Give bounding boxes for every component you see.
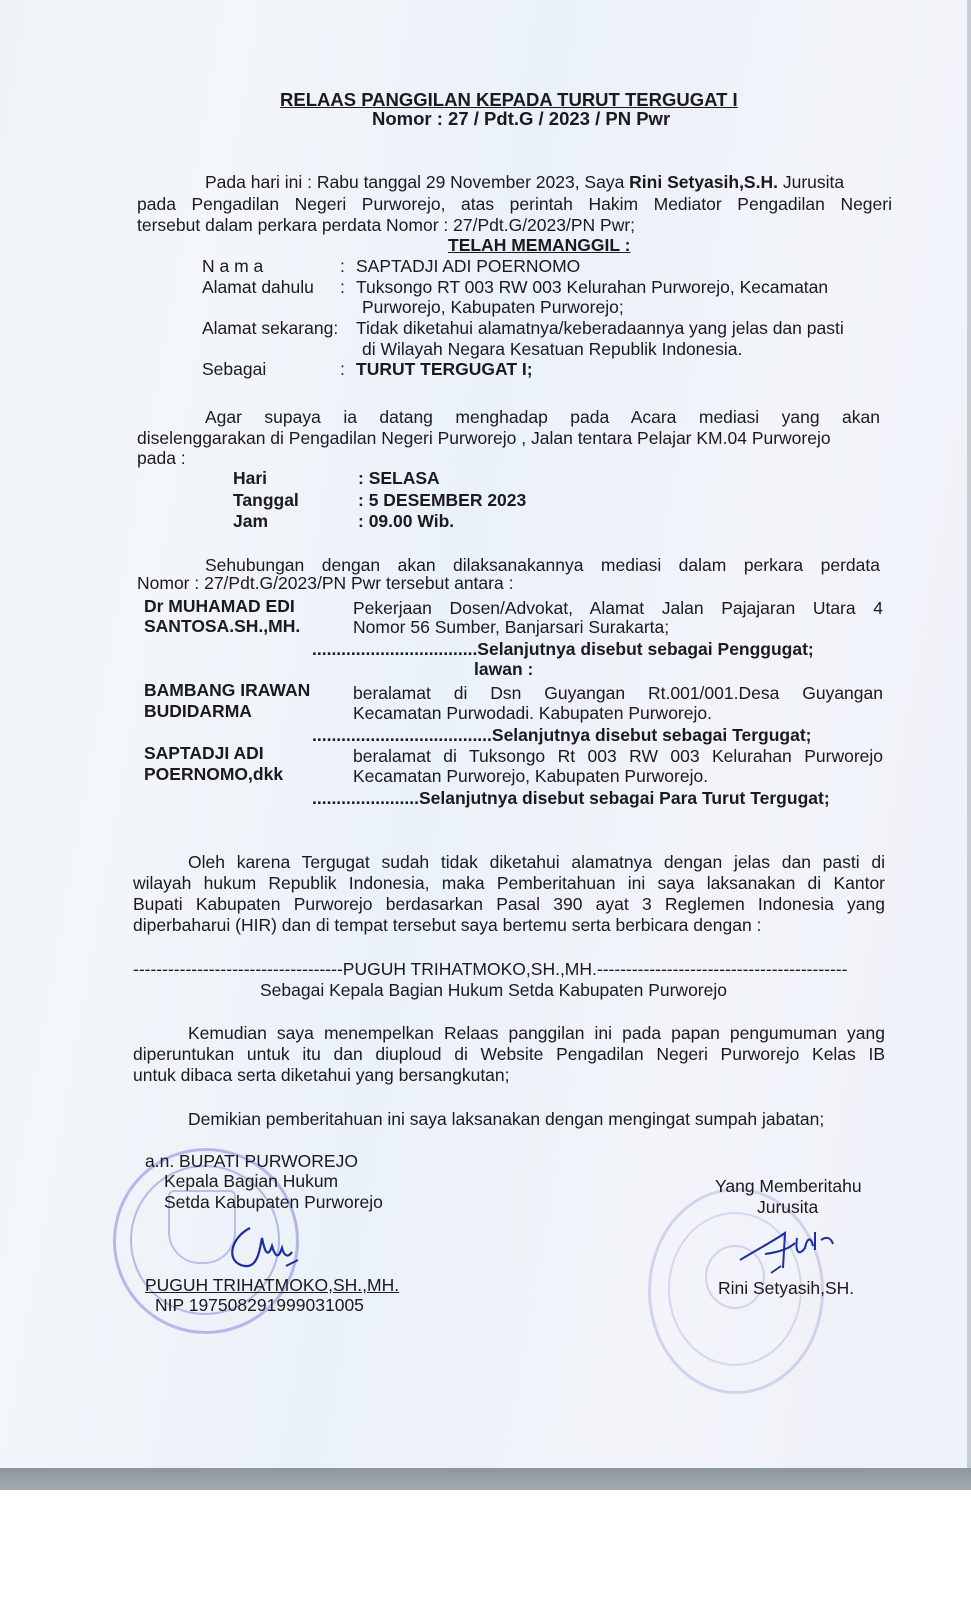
party-2-desc-2: Kecamatan Purwodadi. Kabupaten Purworejo… — [353, 703, 712, 724]
party-3-desc-2: Kecamatan Purworejo, Kabupaten Purworejo… — [353, 766, 708, 787]
right-sign-line-1: Yang Memberitahu — [715, 1176, 862, 1197]
right-sign-line-2: Jurusita — [757, 1197, 818, 1218]
purpose-line-3: pada : — [137, 448, 186, 469]
notice-line-2: wilayah hukum Republik Indonesia, maka P… — [133, 873, 885, 894]
party-2-name-1: BAMBANG IRAWAN — [144, 680, 310, 701]
schedule-date-value: : 5 DESEMBER 2023 — [358, 490, 526, 511]
opening-line-2: pada Pengadilan Negeri Purworejo, atas p… — [137, 194, 892, 215]
posting-line-2: diperuntukan untuk itu dan diuploud di W… — [133, 1044, 885, 1065]
field-label-current-address: Alamat sekarang: — [202, 318, 338, 339]
schedule-time-label: Jam — [233, 511, 268, 532]
party-2-role: .....................................Sel… — [312, 725, 812, 746]
party-1-name-2: SANTOSA.SH.,MH. — [144, 616, 300, 637]
schedule-date-label: Tanggal — [233, 490, 299, 511]
versus-label: lawan : — [474, 659, 533, 680]
field-value-old-address-1: Tuksongo RT 003 RW 003 Kelurahan Purwore… — [356, 277, 828, 298]
field-label-role: Sebagai — [202, 359, 266, 380]
posting-line-1: Kemudian saya menempelkan Relaas panggil… — [188, 1023, 885, 1044]
field-value-old-address-2: Purworejo, Kabupaten Purworejo; — [362, 297, 624, 318]
purpose-line-1: Agar supaya ia datang menghadap pada Aca… — [205, 407, 880, 428]
document-number: Nomor : 27 / Pdt.G / 2023 / PN Pwr — [372, 108, 670, 129]
field-value-name: SAPTADJI ADI POERNOMO — [356, 256, 580, 277]
left-signature-icon — [220, 1208, 310, 1278]
document-title: RELAAS PANGGILAN KEPADA TURUT TERGUGAT I — [280, 89, 738, 110]
party-2-name-2: BUDIDARMA — [144, 701, 252, 722]
scanner-shadow — [0, 1468, 971, 1490]
party-1-name-1: Dr MUHAMAD EDI — [144, 596, 295, 617]
left-signatory-name: PUGUH TRIHATMOKO,SH.,MH. — [145, 1275, 399, 1296]
field-value-role: TURUT TERGUGAT I; — [356, 359, 533, 380]
field-sep: : — [340, 359, 345, 380]
schedule-time-value: : 09.00 Wib. — [358, 511, 454, 532]
page-edge — [967, 0, 971, 1470]
opening-line-1: Pada hari ini : Rabu tanggal 29 November… — [205, 172, 844, 193]
party-3-role: ......................Selanjutnya disebu… — [312, 788, 830, 809]
party-1-role: ..................................Selanj… — [312, 639, 814, 660]
opening-line-3: tersebut dalam perkara perdata Nomor : 2… — [137, 215, 635, 236]
left-sign-line-1: a.n. BUPATI PURWOREJO — [145, 1151, 358, 1172]
field-value-current-address-1: Tidak diketahui alamatnya/keberadaannya … — [356, 318, 844, 339]
context-line-2: Nomor : 27/Pdt.G/2023/PN Pwr tersebut an… — [137, 573, 513, 594]
summoned-heading: TELAH MEMANGGIL : — [448, 235, 630, 256]
notice-line-1: Oleh karena Tergugat sudah tidak diketah… — [188, 852, 885, 873]
left-signatory-nip: NIP 197508291999031005 — [155, 1295, 364, 1316]
met-person-line: ------------------------------------PUGU… — [133, 959, 885, 980]
notice-line-3: Bupati Kabupaten Purworejo berdasarkan P… — [133, 894, 885, 915]
field-label-old-address: Alamat dahulu — [202, 277, 314, 298]
notice-line-4: diperbaharui (HIR) dan di tempat tersebu… — [133, 915, 761, 936]
bailiff-name: Rini Setyasih,S.H. — [629, 172, 778, 192]
purpose-line-2: diselenggarakan di Pengadilan Negeri Pur… — [137, 428, 831, 449]
field-sep: : — [340, 256, 345, 277]
field-label-name: N a m a — [202, 256, 263, 277]
right-signature-icon — [735, 1218, 845, 1278]
party-2-desc-1: beralamat di Dsn Guyangan Rt.001/001.Des… — [353, 683, 883, 704]
party-3-name-2: POERNOMO,dkk — [144, 764, 283, 785]
met-person-role: Sebagai Kepala Bagian Hukum Setda Kabupa… — [260, 980, 727, 1001]
opening-text: Pada hari ini : Rabu tanggal 29 November… — [205, 172, 629, 192]
posting-line-3: untuk dibaca serta diketahui yang bersan… — [133, 1065, 510, 1086]
party-3-desc-1: beralamat di Tuksongo Rt 003 RW 003 Kelu… — [353, 746, 883, 767]
schedule-day-value: : SELASA — [358, 468, 440, 489]
schedule-day-label: Hari — [233, 468, 267, 489]
party-1-desc-2: Nomor 56 Sumber, Banjarsari Surakarta; — [353, 617, 669, 638]
right-signatory-name: Rini Setyasih,SH. — [718, 1278, 854, 1299]
party-3-name-1: SAPTADJI ADI — [144, 743, 264, 764]
party-1-desc-1: Pekerjaan Dosen/Advokat, Alamat Jalan Pa… — [353, 598, 883, 619]
field-value-current-address-2: di Wilayah Negara Kesatuan Republik Indo… — [362, 339, 742, 360]
field-sep: : — [340, 277, 345, 298]
left-sign-line-2: Kepala Bagian Hukum — [164, 1171, 338, 1192]
opening-text-post: Jurusita — [778, 172, 844, 192]
closing-statement: Demikian pemberitahuan ini saya laksanak… — [188, 1109, 824, 1130]
